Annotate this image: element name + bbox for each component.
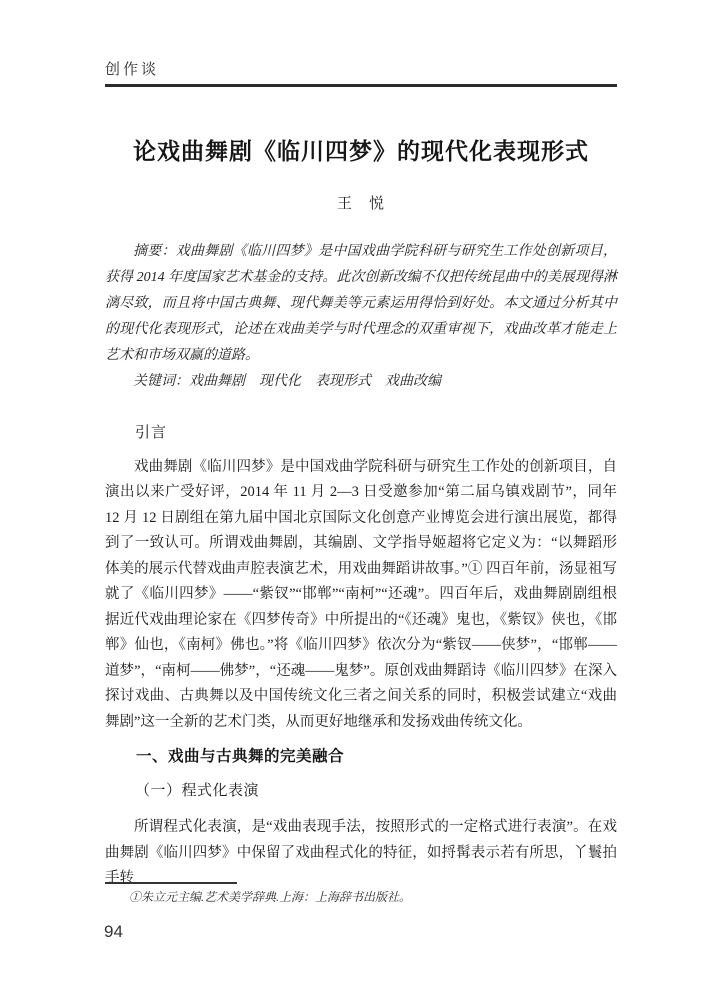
footnote-citation: 朱立元主编.艺术美学辞典.上海：上海辞书出版社。 <box>141 890 411 904</box>
section-heading-one: 一、戏曲与古典舞的完美融合 <box>105 744 617 766</box>
column-label: 创作谈 <box>105 58 159 84</box>
running-head: 创作谈 <box>105 0 617 87</box>
page-number: 94 <box>104 922 123 942</box>
footnote-area: ①朱立元主编.艺术美学辞典.上海：上海辞书出版社。 <box>105 882 617 906</box>
keywords-text: 戏曲舞剧 现代化 表现形式 戏曲改编 <box>189 374 441 389</box>
abstract-paragraph: 摘要：戏曲舞剧《临川四梦》是中国戏曲学院科研与研究生工作处创新项目，获得 201… <box>105 239 617 369</box>
abstract-text: 戏曲舞剧《临川四梦》是中国戏曲学院科研与研究生工作处创新项目，获得 2014 年… <box>105 244 617 363</box>
keywords-line: 关键词：戏曲舞剧 现代化 表现形式 戏曲改编 <box>105 369 617 395</box>
article-title: 论戏曲舞剧《临川四梦》的现代化表现形式 <box>105 135 617 168</box>
section-heading-introduction: 引言 <box>105 421 617 442</box>
document-page: 创作谈 论戏曲舞剧《临川四梦》的现代化表现形式 王 悦 摘要：戏曲舞剧《临川四梦… <box>0 0 722 1005</box>
author-name: 王 悦 <box>105 192 617 213</box>
keywords-label: 关键词： <box>133 374 189 389</box>
introduction-paragraph: 戏曲舞剧《临川四梦》是中国戏曲学院科研与研究生工作处的创新项目，自演出以来广受好… <box>105 455 617 736</box>
subsection-heading-one-1: （一）程式化表演 <box>105 779 617 800</box>
body-paragraph: 所谓程式化表演，是“戏曲表现手法，按照形式的一定格式进行表演”。在戏曲舞剧《临川… <box>105 815 617 892</box>
footnote-text: ①朱立元主编.艺术美学辞典.上海：上海辞书出版社。 <box>105 889 617 906</box>
abstract-label: 摘要： <box>133 244 176 259</box>
page-content: 创作谈 论戏曲舞剧《临川四梦》的现代化表现形式 王 悦 摘要：戏曲舞剧《临川四梦… <box>0 0 722 892</box>
footnote-separator-rule <box>105 882 237 884</box>
footnote-marker: ① <box>129 890 141 904</box>
